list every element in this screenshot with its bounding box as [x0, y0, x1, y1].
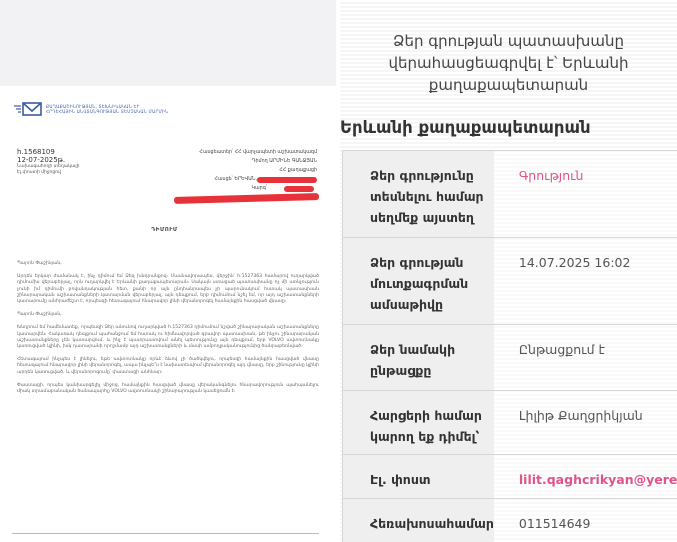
letter-body: Պարոն Փաշինյան, Արդեն երկար ժամանակ է, ի… — [17, 261, 319, 402]
letter-paragraph: Խնդրում եմ համեմատեք, որպեսզի Ձեր անունո… — [17, 325, 319, 350]
reference-date: 12-07-2025թ. — [17, 156, 79, 164]
contact-person: Լիլիթ Քաղցրիկյան — [494, 391, 677, 455]
contact-phone: 011514649 — [494, 499, 677, 542]
letter-greeting: Պարոն Փաշինյան, — [17, 312, 319, 318]
addressee: Հասցեատեր՝ ՀՀ վարչապետի աշխատակազմ — [137, 148, 317, 157]
logo-text-line-2: հրդեհային անվտանգության տեսչական մարմին — [46, 109, 168, 114]
letter-top-margin — [0, 0, 336, 86]
envelope-logo-icon — [14, 102, 42, 116]
letter-greeting: Պարոն Փաշինյան, — [17, 261, 319, 267]
inspectorate-logo: Քաղաքաշինության, տեխնիկական և հրդեհային … — [14, 102, 168, 116]
table-row: Ձեր նամակի ընթացքը Ընթացքում է — [343, 325, 677, 391]
scanned-letter-panel: Քաղաքաշինության, տեխնիկական և հրդեհային … — [0, 0, 336, 542]
table-row: Հարցերի համար կարող եք դիմել՝ Լիլիթ Քաղց… — [343, 391, 677, 455]
submission-date: 14.07.2025 16:02 — [494, 238, 677, 325]
row-label: Ձեր գրությունը տեսնելու համար սեղմեք այս… — [343, 151, 494, 238]
organization-title: Երևանի քաղաքապետարան — [340, 118, 591, 137]
redaction-mark — [257, 177, 317, 183]
letter-title: ԴԻՄՈՒՄ — [12, 227, 317, 233]
row-label: Հեռախոսահամար — [343, 499, 494, 542]
table-row: Հեռախոսահամար 011514649 — [343, 499, 677, 542]
row-value: Գրություն — [494, 151, 677, 238]
table-row: Ձեր գրության մուտքագրման ամսաթիվը 14.07.… — [343, 238, 677, 325]
row-label: Ձեր գրության մուտքագրման ամսաթիվը — [343, 238, 494, 325]
letter-paragraph: Հետագայում ինչպես է լինելու, եթե ավտոտնա… — [17, 357, 319, 376]
reference-note-2: Էլ.փոստի միջոցով — [17, 170, 79, 176]
table-row: Էլ. փոստ lilit.qaghcrikyan@yerevan.am — [343, 455, 677, 499]
applicant-status: ՀՀ քաղաքացի — [137, 166, 317, 175]
row-label: Էլ. փոստ — [343, 455, 494, 499]
letter-status: Ընթացքում է — [494, 325, 677, 391]
letter-paragraph: Արդեն երկար ժամանակ է, ինչ դիմում եմ Ձեզ… — [17, 274, 319, 305]
table-row: Ձեր գրությունը տեսնելու համար սեղմեք այս… — [343, 151, 677, 238]
letter-status-page: Ձեր գրության պատասխանը վերահասցեագրվել է… — [340, 0, 677, 542]
contact-email-link[interactable]: lilit.qaghcrikyan@yerevan.am — [519, 472, 677, 487]
view-letter-link[interactable]: Գրություն — [519, 168, 584, 183]
redirect-notice: Ձեր գրության պատասխանը վերահասցեագրվել է… — [340, 30, 677, 96]
applicant-name: Դիմող ԱՐՄԻՆԵ ԳԱՆՋՅԱՆ — [137, 157, 317, 166]
row-label: Ձեր նամակի ընթացքը — [343, 325, 494, 391]
row-value: lilit.qaghcrikyan@yerevan.am — [494, 455, 677, 499]
reference-number: հ.1568109 — [17, 148, 79, 156]
reference-block: հ.1568109 12-07-2025թ. Նախագահողի տեղակա… — [17, 148, 79, 176]
logo-text: Քաղաքաշինության, տեխնիկական և հրդեհային … — [46, 104, 168, 114]
redaction-mark — [284, 186, 314, 192]
letter-status-table: Ձեր գրությունը տեսնելու համար սեղմեք այս… — [342, 150, 677, 542]
row-label: Հարցերի համար կարող եք դիմել՝ — [343, 391, 494, 455]
redaction-mark — [174, 193, 319, 204]
letter-paragraph: Փաստացի, որպես կանխարգելիչ միջոց, համայն… — [17, 383, 319, 395]
letter-bottom-rule — [12, 533, 319, 534]
